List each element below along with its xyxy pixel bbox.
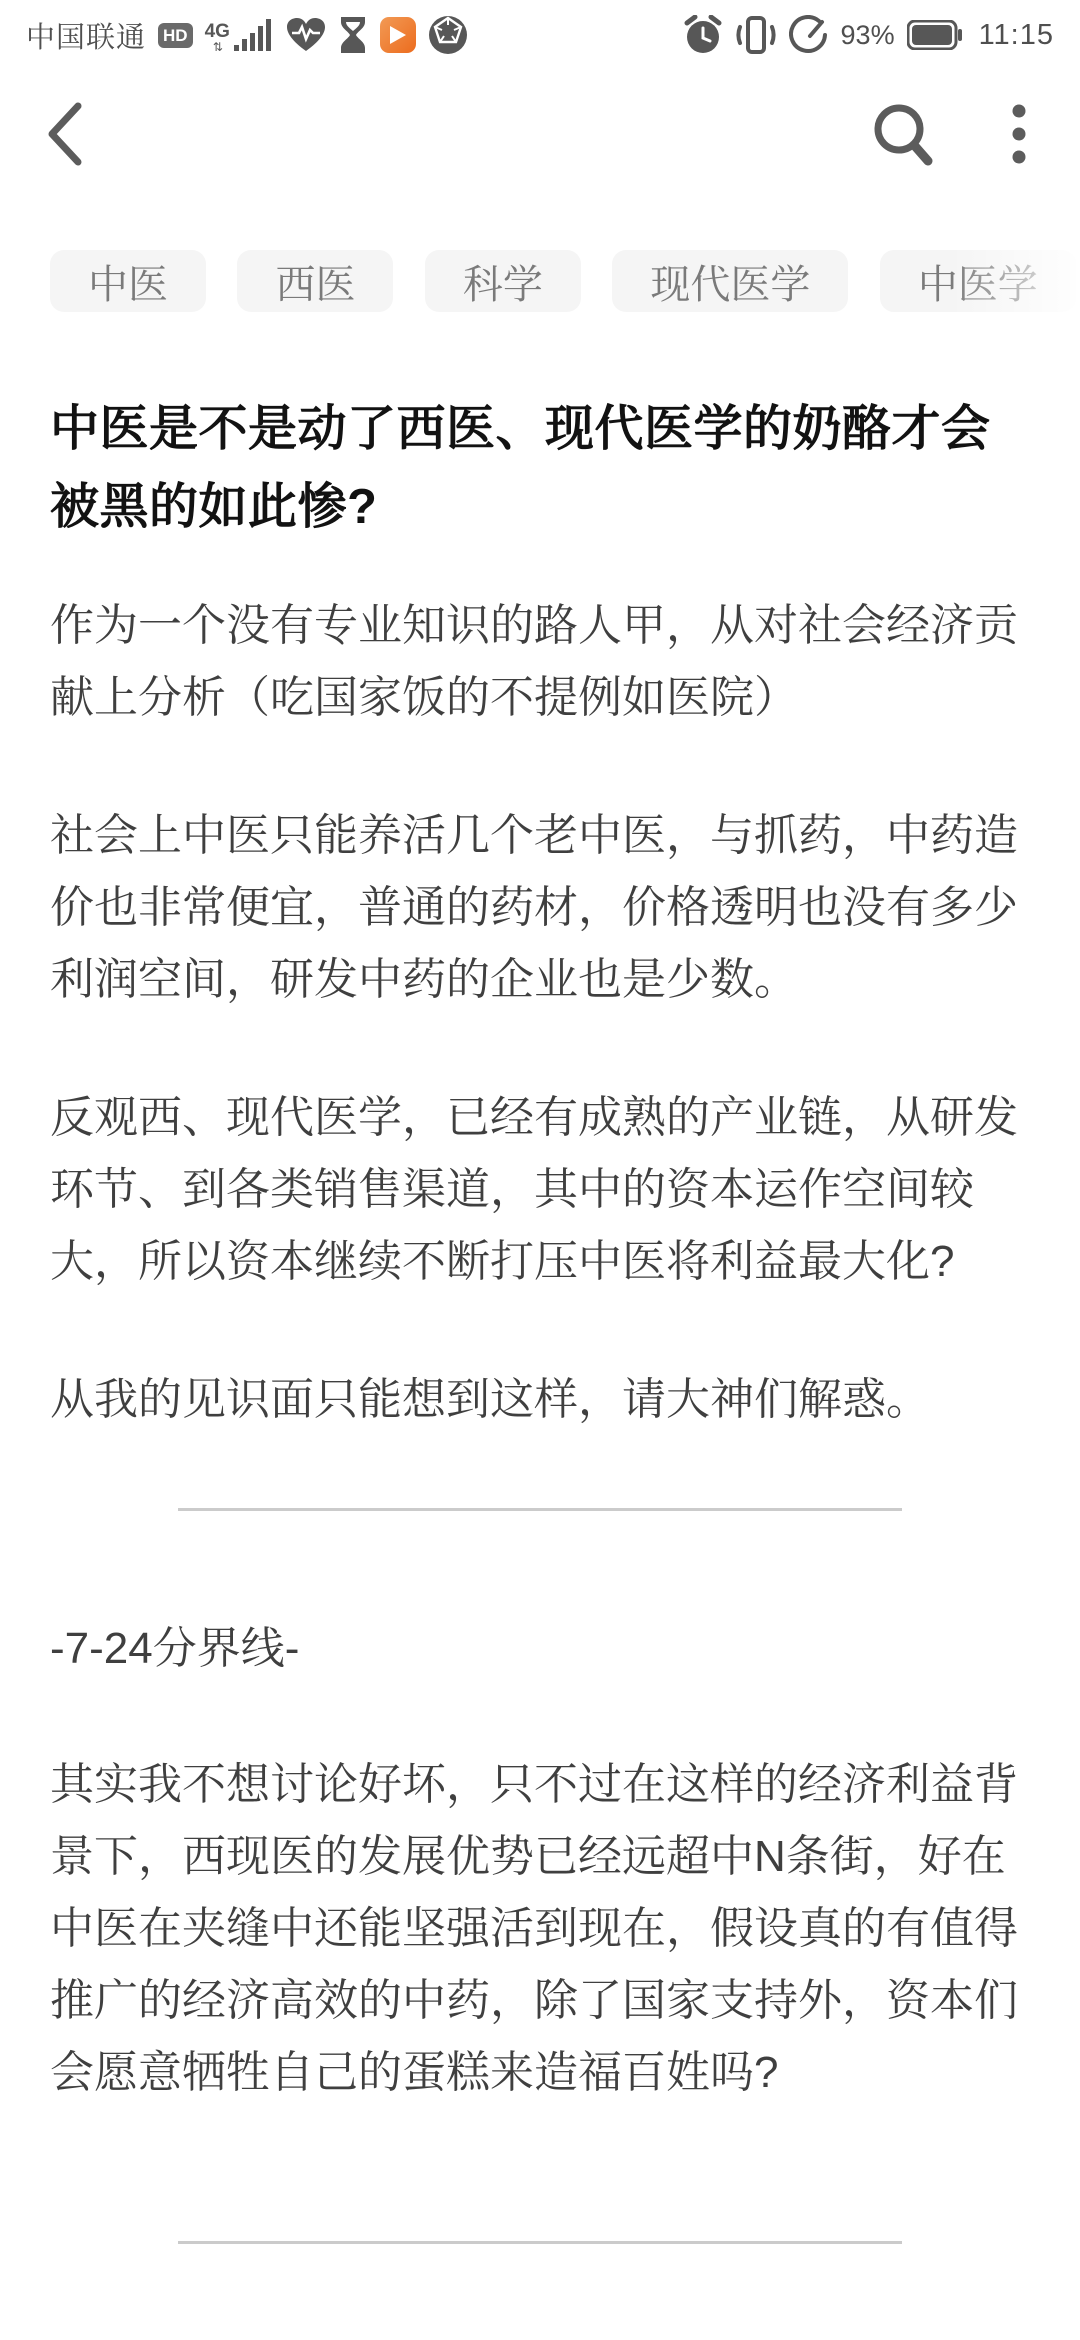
carrier-label: 中国联通 (26, 15, 146, 56)
tag-xiyi[interactable]: 西医 (237, 250, 393, 312)
back-chevron-icon (42, 102, 86, 166)
question-paragraph: 从我的见识面只能想到这样，请大神们解惑。 (50, 1364, 1030, 1436)
video-app-icon (380, 17, 416, 53)
back-button[interactable] (42, 102, 86, 166)
section-divider-bottom (178, 2241, 902, 2244)
app-screen: 中国联通 HD 4G⇅ (0, 0, 1080, 2340)
health-heart-icon (286, 17, 326, 53)
tag-kexue[interactable]: 科学 (425, 250, 581, 312)
tag-zhongyi[interactable]: 中医 (50, 250, 206, 312)
question-paragraph: 社会上中医只能养活几个老中医，与抓药，中药造价也非常便宜，普通的药材，价格透明也… (50, 800, 1030, 1016)
battery-icon (907, 20, 963, 50)
nav-bar (0, 64, 1080, 204)
alarm-clock-icon (683, 15, 723, 55)
hourglass-icon (338, 16, 368, 54)
network-type-label: 4G (205, 22, 230, 41)
search-icon (872, 102, 934, 166)
kebab-menu-icon (1012, 103, 1026, 165)
question-title: 中医是不是动了西医、现代医学的奶酪才会被黑的如此惨? (50, 390, 1030, 546)
tag-zhongyixue[interactable]: 中医学 (880, 250, 1076, 312)
clock-label: 11:15 (979, 19, 1054, 52)
question-update-paragraph: 其实我不想讨论好坏，只不过在这样的经济利益背景下，西现医的发展优势已经远超中N条… (50, 1749, 1030, 2109)
topic-tags-row: 中医 西医 科学 现代医学 中医学 (0, 250, 1080, 312)
search-button[interactable] (872, 102, 934, 166)
status-bar-right: 93% 11:15 (683, 15, 1054, 55)
status-bar: 中国联通 HD 4G⇅ (0, 0, 1080, 64)
section-divider (178, 1508, 902, 1511)
more-options-button[interactable] (1012, 103, 1026, 165)
question-paragraph: 作为一个没有专业知识的路人甲，从对社会经济贡献上分析（吃国家饭的不提例如医院） (50, 590, 1030, 734)
question-paragraph: 反观西、现代医学，已经有成熟的产业链，从研发环节、到各类销售渠道，其中的资本运作… (50, 1082, 1030, 1298)
vibrate-icon (735, 15, 777, 55)
browser-globe-icon (428, 15, 468, 55)
hd-icon: HD (158, 23, 193, 48)
cellular-signal-icon: 4G⇅ (205, 17, 274, 53)
data-saver-icon (789, 15, 829, 55)
tag-xiandaiyixue[interactable]: 现代医学 (612, 250, 848, 312)
question-content: 中医是不是动了西医、现代医学的奶酪才会被黑的如此惨? 作为一个没有专业知识的路人… (0, 390, 1080, 2244)
battery-percent-label: 93% (841, 20, 895, 51)
status-bar-left: 中国联通 HD 4G⇅ (26, 15, 468, 56)
date-separator-label: -7-24分界线- (50, 1613, 1030, 1685)
